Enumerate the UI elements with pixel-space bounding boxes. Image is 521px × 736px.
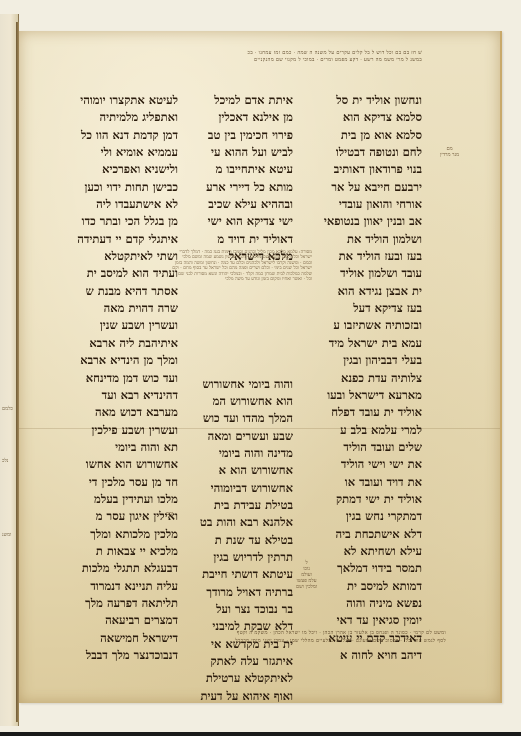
- text-line: [175, 300, 293, 317]
- text-line: בטילת עבידת בית: [175, 497, 293, 514]
- text-line: אלהנא רבא והות בט: [175, 514, 293, 531]
- text-line: עובד ושלמון אוליד: [310, 265, 422, 282]
- viewer-bottom-edge: [0, 732, 521, 736]
- masorah-note-block: מסורה: עלמא מלכא מכון מליל וכהנים וסמכו …: [172, 250, 312, 282]
- text-line: דאוליד ית דויד מ: [175, 231, 293, 248]
- text-line: דהינדיא רבא ועד: [65, 387, 178, 404]
- text-line: אחשורוש הוא א: [175, 462, 293, 479]
- text-line: אחשורוש דביומוהי: [175, 480, 293, 497]
- text-line: הוא אחשורוש המ: [175, 393, 293, 410]
- facing-leaf-note: ומשנ: [2, 532, 11, 538]
- text-line: דיהב חויא לחוה א: [310, 647, 422, 664]
- text-line: את ישי וישי הוליד: [310, 456, 422, 473]
- right-margin-note: מם מנר מרדין: [440, 146, 459, 158]
- text-line: בנוי פרודאון דאותיב: [310, 161, 422, 178]
- text-line: מלכיא יי צבאות ת: [65, 543, 178, 560]
- text-line: איתיהבת ליה ארבא: [65, 335, 178, 352]
- text-line: ובההיא עילא שכיב: [175, 196, 293, 213]
- text-line: סלמא צדיקא הוא: [310, 109, 422, 126]
- text-line: אב ובנין יאוון בנטופאי: [310, 213, 422, 230]
- text-line: חד מן עסר מלכין די: [65, 474, 178, 491]
- text-line: שרה דהוית מאה: [65, 300, 178, 317]
- text-line: מן אילנא דאכלין: [175, 109, 293, 126]
- text-line: ועשרין ושבע שנין: [65, 317, 178, 334]
- text-line: מלכו ועתידין בעלמ: [65, 491, 178, 508]
- bottom-right-note-line: ומלכין ושם: [296, 584, 317, 590]
- lower-margin-line-2: לסף לגמש עוד וכלו · דכסוכ משם נמעונם · ק…: [76, 638, 446, 645]
- text-line: אסתר דהיא מבנת ש: [65, 283, 178, 300]
- text-line: למרי עלמא בלב ע: [310, 422, 422, 439]
- text-line: ועשרין ושבע פילכין: [65, 422, 178, 439]
- text-line: אוליד ית עובד דפלח: [310, 404, 422, 421]
- text-line: דמן קדמת דנא הוו כל: [65, 127, 178, 144]
- text-line: דנבוכדנצר מלך דבבל: [65, 647, 178, 664]
- text-line: דלא אישתכחת ביה: [310, 526, 422, 543]
- text-line: ית אבצן נגידא הוא: [310, 283, 422, 300]
- text-line: [175, 317, 293, 334]
- text-line: והוה ביומי אחשורוש: [175, 376, 293, 393]
- text-line: ומלך מן הינדיא ארבא: [65, 352, 178, 369]
- text-line: דמותא למיסב ית: [310, 578, 422, 595]
- text-line: כבישן תחות ידוי וכען: [65, 179, 178, 196]
- facing-leaf-note: כלמם: [2, 406, 13, 412]
- upper-margin-line-1: שׁ חז בם בם וכל דוש ל בל קלים עקרים על מ…: [82, 50, 422, 57]
- text-line: דמצרים רביעאה: [65, 612, 178, 629]
- text-line: תרתין לדריוש בגין: [175, 549, 293, 566]
- text-column-middle: איתת אדם למיכל מן אילנא דאכלין פירוי חכי…: [175, 92, 293, 705]
- text-line: ולישניא ואפרכיא: [65, 161, 178, 178]
- text-line: דבעגלא תתגלי מלכות: [65, 560, 178, 577]
- text-line: ואילין איגון עסר מ: [65, 508, 178, 525]
- text-line: ואתפליג מלמיתיה: [65, 109, 178, 126]
- text-line: בעז צדיקא דעל: [310, 300, 422, 317]
- text-line: בעז ובעז הוליד את: [310, 248, 422, 265]
- text-column-left: לעיטא אתקצרו יומוהי ואתפליג מלמיתיה דמן …: [65, 92, 178, 664]
- text-line: בעלי דבביהון ובגין: [310, 352, 422, 369]
- text-line: עיטא איתחייבו מ: [175, 161, 293, 178]
- text-line: ועתיד הוא למיסב ית: [65, 265, 178, 282]
- text-line: תליתאה דפרעה מלך: [65, 595, 178, 612]
- text-line: איתת אדם למיכל: [175, 92, 293, 109]
- text-line: תמסר בידוי דמלאך: [310, 560, 422, 577]
- text-line: לא אישתעבדו ליה: [65, 196, 178, 213]
- text-line: לחם ונטופה דבטילו: [310, 144, 422, 161]
- text-line: אחשורוש הוא אחשו: [65, 456, 178, 473]
- text-line: ישי צדיקא הוא ישי: [175, 213, 293, 230]
- text-line: ועד כוש דמן מדינחא: [65, 370, 178, 387]
- text-line: איתגלי קדם יי דעתידה: [65, 231, 178, 248]
- text-line: [175, 283, 293, 300]
- text-line: לעיטא אתקצרו יומוהי: [65, 92, 178, 109]
- bottom-right-note: ל נוכו ועולמ עלמ פעשו ומלכין ושם: [296, 560, 317, 590]
- text-line: לביש ועל ההוא עי: [175, 144, 293, 161]
- text-line: שלים ועובד הוליד: [310, 439, 422, 456]
- text-line: דמתקרי נחש בגין: [310, 508, 422, 525]
- text-line: ובזכותיה אשתיזבו ע: [310, 317, 422, 334]
- text-line: ושלמון הוליד את: [310, 231, 422, 248]
- text-line: עליה תניינא דנמרוד: [65, 578, 178, 595]
- text-column-right: ונחשון אוליד ית סל סלמא צדיקא הוא סלמא א…: [310, 92, 422, 664]
- text-line: מותא כל דיירי ארע: [175, 179, 293, 196]
- text-line: מארעא דישראל ובעו: [310, 387, 422, 404]
- middle-margin-note: ומם: [166, 511, 173, 517]
- text-line: עיטתא דושתי חייבת: [175, 566, 293, 583]
- text-line: עממיא אומיא ולי: [65, 144, 178, 161]
- text-line: ונחשון אוליד ית סל: [310, 92, 422, 109]
- text-line: עילא ושחיתא לא: [310, 543, 422, 560]
- text-line: אורחי והואון עובדי: [310, 196, 422, 213]
- text-line: ירבעם חייבא על אר: [310, 179, 422, 196]
- lower-margin-line-1: ומשט לם קרמי · כסונד ה ופנחס בן אלעזר בן…: [76, 630, 446, 637]
- text-line: אוליד ית ישי דמתק: [310, 491, 422, 508]
- text-line: מן בגלל הכי ובתר כדו: [65, 213, 178, 230]
- text-line: המלך מהדו ועד כוש: [175, 410, 293, 427]
- text-line: ואוף איהוא על דעית: [175, 688, 293, 705]
- text-line: מערבא דכוש מאה: [65, 404, 178, 421]
- text-line: [175, 335, 293, 352]
- text-line: מדינה והוה ביומי: [175, 445, 293, 462]
- text-line: [175, 352, 293, 369]
- text-line: נפשא מיניה והוה: [310, 595, 422, 612]
- text-line: תא והוה ביומי: [65, 439, 178, 456]
- right-margin-note-line: מנר מרדין: [440, 152, 459, 158]
- text-line: בטילא עד שנת ת: [175, 532, 293, 549]
- text-line: עמא בית ישראל מיד: [310, 335, 422, 352]
- upper-margin-line-2: במשנ ל מרי משמ מה רשע · דקע מפמט ומרים ·…: [82, 57, 422, 64]
- text-line: איתגזר עלה לאתק: [175, 653, 293, 670]
- text-line: את דויד ועובד או: [310, 474, 422, 491]
- text-line: פירוי חכימין בין טב: [175, 127, 293, 144]
- text-line: ושתי לאיתקטלא: [65, 248, 178, 265]
- text-line: ברתיה דאויל מרודך: [175, 584, 293, 601]
- text-line: יומין סגיאין עד דאי: [310, 612, 422, 629]
- text-line: בר נבוכד נצר ועל: [175, 601, 293, 618]
- text-line: שבע ועשרים ומאה: [175, 428, 293, 445]
- text-line: סלמא אוא מן בית: [310, 127, 422, 144]
- facing-leaf-note: נלכ: [2, 458, 8, 464]
- text-line: צלותיה עדת כפנא: [310, 370, 422, 387]
- text-line: לאיתקטלא ערטילת: [175, 670, 293, 687]
- text-line: מלכין מלכותא ומלך: [65, 526, 178, 543]
